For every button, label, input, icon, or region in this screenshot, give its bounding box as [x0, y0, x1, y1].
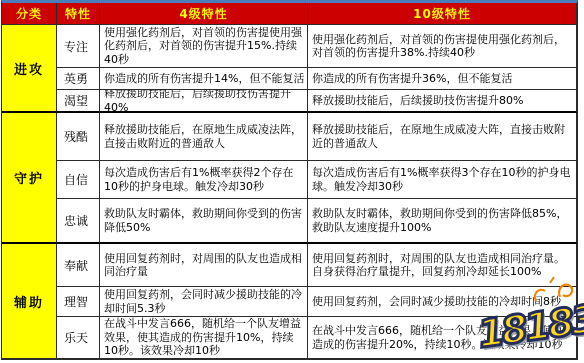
lv4-cell: 每次造成伤害后有1%概率获得2个存在10秒的护身电球。触发冷却30秒	[100, 161, 308, 199]
lv10-cell: 释放援助技能后，后续援助技伤害提升80%	[308, 90, 577, 113]
header-cell-category: 分类	[2, 3, 57, 25]
trait-cell: 残酷	[57, 113, 100, 161]
trait-cell: 专注	[57, 25, 100, 68]
trait-cell: 忠诚	[57, 199, 100, 244]
trait-table: 分类 特性 4级特性 10级特性 进攻 专注 使用强化药剂后，对首领的伤害提使用…	[1, 0, 578, 360]
trait-cell: 乐天	[57, 317, 100, 359]
category-cell-attack: 进攻	[2, 25, 57, 113]
lv10-cell: 使用强化药剂后，对首领的伤害提使用强化药剂后，对首领的伤害提升38%.持续40秒	[308, 25, 577, 68]
lv10-cell: 释放援助技能后，在原地生成威凌大阵，直接击败附近的普通敌人	[308, 113, 577, 161]
watermark-swirl-icon	[530, 275, 574, 305]
lv10-cell: 救助队友时霸体，救助期间你受到的伤害降低85%，救助队友速度提升100%	[308, 199, 577, 244]
lv4-cell: 释放援助技能后，在原地生成威凌法阵，直接击败附近的普通敌人	[100, 113, 308, 161]
page: { "table": { "headers": { "category": "分…	[0, 0, 584, 363]
lv4-cell: 使用回复药剂，会同时减少援助技能的冷却时间5.3秒	[100, 287, 308, 317]
lv4-cell: 你造成的所有伤害提升14%，但不能复活	[100, 68, 308, 90]
trait-cell: 渴望	[57, 90, 100, 113]
trait-cell: 理智	[57, 287, 100, 317]
header-cell-trait: 特性	[57, 3, 100, 25]
category-cell-guard: 守护	[2, 113, 57, 244]
lv4-cell: 在战斗中发言666，随机给一个队友增益效果，使其造成的伤害提升10%，持续10秒…	[100, 317, 308, 359]
category-cell-support: 辅助	[2, 244, 57, 359]
lv10-cell: 在战斗中发言666，随机给一个队友增益效果，使其造成的伤害提升20%，持续10秒…	[308, 317, 577, 359]
lv4-cell: 救助队友时霸体，救助期间你受到的伤害降低50%	[100, 199, 308, 244]
header-cell-lv10: 10级特性	[308, 3, 577, 25]
header-cell-lv4: 4级特性	[100, 3, 308, 25]
lv10-cell: 你造成的所有伤害提升36%，但不能复活	[308, 68, 577, 90]
lv4-cell: 使用强化药剂后，对首领的伤害提使用强化药剂后，对首领的伤害提升15%.持续40秒	[100, 25, 308, 68]
lv10-cell: 每次造成伤害后有1%概率获得3个存在10秒的护身电球。触发冷却30秒	[308, 161, 577, 199]
trait-cell: 奉献	[57, 244, 100, 287]
lv4-cell: 使用回复药剂时，对周围的队友也造成相同治疗量	[100, 244, 308, 287]
trait-cell: 自信	[57, 161, 100, 199]
lv4-cell: 释放援助技能后，后续援助技伤害提升40%	[100, 90, 308, 113]
trait-cell: 英勇	[57, 68, 100, 90]
